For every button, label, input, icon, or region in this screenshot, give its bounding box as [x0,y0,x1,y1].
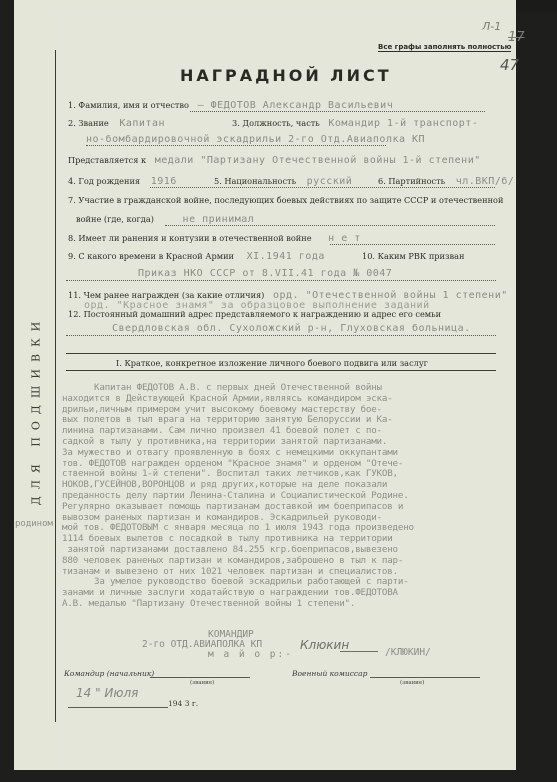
narrative-line: 880 человек раненых партизан и командиро… [62,556,510,567]
commander-rank-caption: (звание) [190,680,214,686]
field-home-address-value: Свердловская обл. Сухоложский р-н, Глухо… [112,323,471,334]
field-label: войне (где, когда) [76,214,154,224]
commissar-line [370,677,480,678]
date-year: 194 3 г. [168,699,198,708]
merit-narrative: Капитан ФЕДОТОВ А.В. с первых дней Отече… [62,383,510,610]
page-title: НАГРАДНОЙ ЛИСТ [180,66,392,85]
field-value: медали "Партизану Отечественной войны 1-… [155,155,481,166]
underline [86,145,386,146]
sheet-number: 47 [500,56,519,74]
field-label: 3. Должность, часть [232,118,320,128]
signature-stroke [340,651,378,652]
field-label: 2. Звание [68,118,109,128]
field-conscription-office: 10. Каким РВК призван [362,251,464,261]
field-home-address: 12. Постоянный домашний адрес представля… [68,309,441,319]
binding-margin-label: ДЛЯ ПОДШИВКИ [30,315,43,505]
fill-all-fields-note: Все графы заполнять полностью [378,43,511,52]
underline [165,225,495,226]
underline [150,187,495,188]
field-label: 12. Постоянный домашний адрес представля… [68,309,441,319]
signature-rank: м а й о р:- [208,650,293,660]
date-line [68,707,168,708]
underline [66,280,496,281]
narrative-line: Регулярно оказывает помощь партизанам до… [62,502,510,513]
field-label: 10. Каким РВК призван [362,251,464,261]
field-value: XI.1941 года [247,251,325,262]
field-value: Свердловская обл. Сухоложский р-н, Глухо… [112,323,471,334]
field-conscription-value: Приказ НКО СССР от 8.VII.41 года № 0047 [138,268,392,279]
field-position-cont: но-бомбардировочной эскадрильи 2-го Отд.… [86,134,425,145]
signer-name: /КЛЮКИН/ [385,648,431,658]
field-value: Капитан [119,118,165,129]
field-wounds: 8. Имеет ли ранения и контузии в отечест… [68,233,361,244]
field-label: 1. Фамилия, имя и отчество [68,100,189,110]
field-presented-for: Представляется к медали "Партизану Отече… [68,155,481,166]
field-nationality: 5. Национальность русский [214,176,352,187]
margin-stray-word: родином [15,519,53,529]
field-value: н е т [328,233,361,244]
binding-margin-line [55,50,56,722]
field-label: 4. Год рождения [68,176,140,186]
commander-label: Командир (начальник) [64,669,154,678]
field-rank: 2. Звание Капитан [68,118,165,129]
field-label: 6. Партийность [378,176,445,186]
field-party: 6. Партийность чл.ВКП/б/ [378,176,514,187]
field-war-participation-cont: войне (где, когда) не принимал [76,214,254,225]
handwritten-signature: Клюкин [300,638,349,652]
field-value: Командир 1-й транспорт- [328,118,478,129]
narrative-line: находится в Действующей Красной Армии,яв… [62,394,510,405]
field-value: 1916 [151,176,177,187]
commissar-label: Военный комиссар [292,669,367,678]
handwritten-date: 14 " Июля [76,686,138,700]
section-rule-bottom [66,370,496,371]
archive-note: Л-1 [482,20,501,33]
field-value: не принимал [183,214,255,225]
field-value: русский [307,176,353,187]
underline [330,244,495,245]
field-war-participation: 7. Участие в гражданской войне, последую… [68,195,503,205]
narrative-line: А.В. медалью "Партизану Отечественной во… [62,599,510,610]
field-label: 8. Имеет ли ранения и контузии в отечест… [68,233,312,243]
narrative-line: За мужество и отвагу проявленную в боях … [62,448,510,459]
field-label: Представляется к [68,155,146,165]
field-value: – ФЕДОТОВ Александр Васильевич [198,100,394,111]
underline [190,111,485,112]
commissar-rank-caption: (звание) [400,680,424,686]
field-label: 5. Национальность [214,176,296,186]
section-rule-top [66,353,496,354]
field-birth-year: 4. Год рождения 1916 [68,176,177,187]
field-value: Приказ НКО СССР от 8.VII.41 года № 0047 [138,268,392,279]
field-value: чл.ВКП/б/ [456,176,515,187]
field-army-since: 9. С какого времени в Красной Армии XI.1… [68,251,325,262]
field-label: 9. С какого времени в Красной Армии [68,251,234,261]
underline [66,335,496,336]
field-label: 7. Участие в гражданской войне, последую… [68,195,503,205]
commander-line [150,677,250,678]
field-full-name: 1. Фамилия, имя и отчество – ФЕДОТОВ Але… [68,100,393,111]
section-heading: I. Краткое, конкретное изложение личного… [116,358,428,368]
field-position: 3. Должность, часть Командир 1-й транспо… [232,118,478,129]
field-value: но-бомбардировочной эскадрильи 2-го Отд.… [86,134,425,145]
field-label: 11. Чем ранее награжден (за какие отличи… [68,290,264,300]
